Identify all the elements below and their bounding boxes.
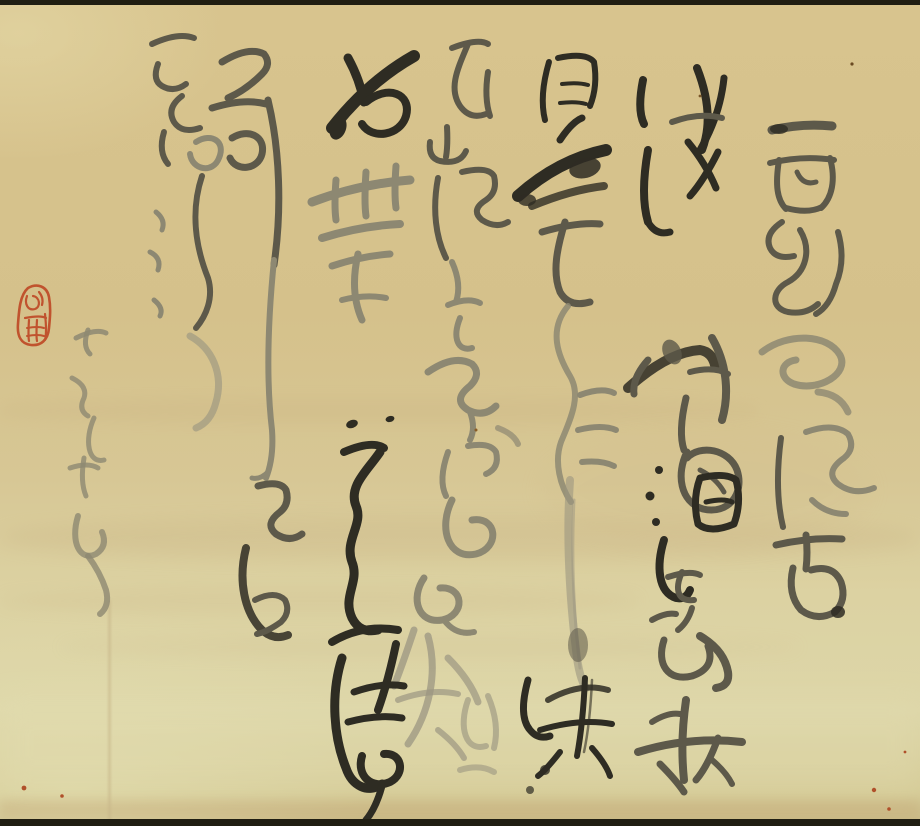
bottom-mount-edge — [0, 819, 920, 826]
calligraphy-column-4 — [394, 42, 508, 772]
seal-characters — [25, 292, 46, 341]
top-mount-edge — [0, 0, 920, 5]
calligraphy-column-7 — [150, 36, 221, 428]
signature-column — [70, 330, 107, 614]
calligraphy-column-3 — [498, 56, 616, 794]
calligraphy-column-2 — [628, 68, 742, 792]
calligraphy-column-5 — [312, 56, 414, 820]
artist-seal — [18, 286, 50, 345]
calligraphy-column-6 — [212, 51, 302, 637]
calligraphy-artwork — [0, 0, 920, 826]
paper-specks — [22, 62, 907, 810]
calligraphy-svg — [0, 0, 920, 826]
calligraphy-column-1 — [762, 124, 874, 618]
